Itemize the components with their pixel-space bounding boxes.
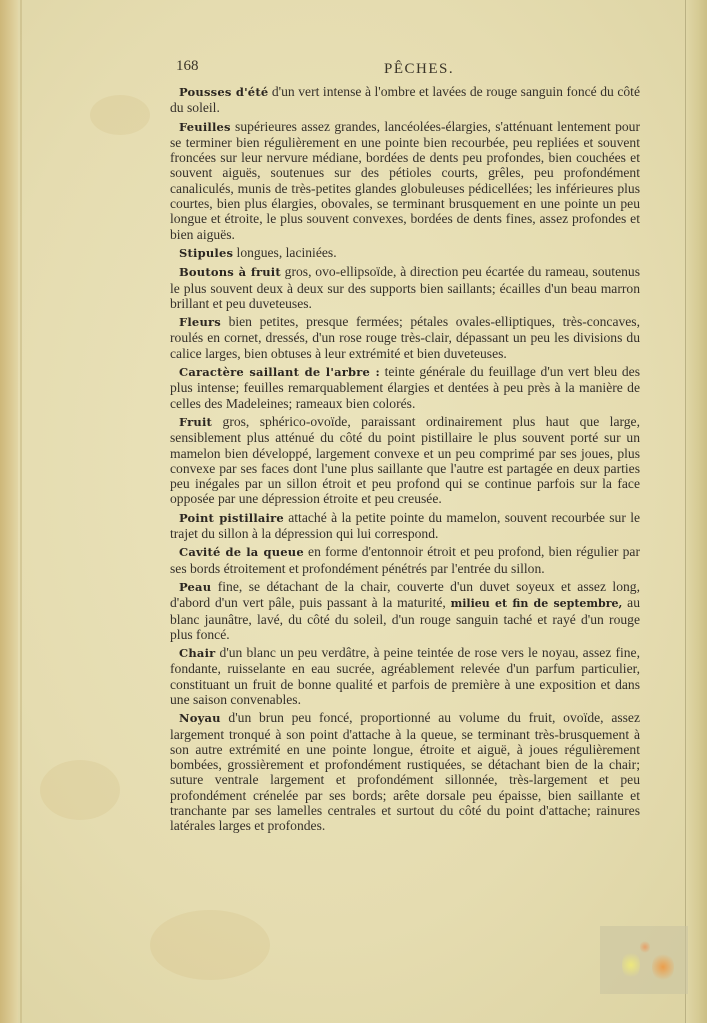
paragraph-lead: Cavité de la queue xyxy=(179,545,304,559)
paragraph-lead: Fleurs xyxy=(179,315,221,329)
paragraph-peau: Peau fine, se détachant de la chair, cou… xyxy=(170,579,640,642)
running-title: PÊCHES. xyxy=(384,61,454,78)
paragraph-pousses: Pousses d'été d'un vert intense à l'ombr… xyxy=(170,84,640,116)
paragraph-lead: Pousses d'été xyxy=(179,85,268,99)
paragraph-lead: Chair xyxy=(179,646,215,660)
paragraph-text: supérieures assez grandes, lancéolées-él… xyxy=(170,119,640,242)
paragraph-lead: Feuilles xyxy=(179,120,231,134)
paper-stain xyxy=(90,95,150,135)
illustration-highlight xyxy=(622,950,640,980)
paragraph-text: d'un blanc un peu verdâtre, à peine tein… xyxy=(170,645,640,707)
paragraph-feuilles: Feuilles supérieures assez grandes, lanc… xyxy=(170,119,640,242)
page-header: 168 PÊCHES. xyxy=(176,58,636,80)
paragraph-stipules: Stipules longues, laciniées. xyxy=(170,245,640,261)
paragraph-boutons: Boutons à fruit gros, ovo-ellipsoïde, à … xyxy=(170,264,640,311)
ripening-period: milieu et fin de septembre, xyxy=(451,597,623,610)
show-through-illustration xyxy=(600,926,688,994)
paragraph-lead: Peau xyxy=(179,580,211,594)
paragraph-text: gros, sphérico-ovoïde, paraissant ordina… xyxy=(170,414,640,506)
paragraph-text: bien petites, presque fermées; pétales o… xyxy=(170,314,640,361)
paragraph-lead: Caractère saillant de l'arbre : xyxy=(179,365,380,379)
illustration-highlight xyxy=(652,952,674,982)
paragraph-fleurs: Fleurs bien petites, presque fermées; pé… xyxy=(170,314,640,361)
paragraph-text: d'un brun peu foncé, proportionné au vol… xyxy=(170,710,640,833)
paragraph-point-pistillaire: Point pistillaire attaché à la petite po… xyxy=(170,510,640,542)
paragraph-caractere: Caractère saillant de l'arbre : teinte g… xyxy=(170,364,640,411)
page-number: 168 xyxy=(176,58,199,75)
page-edge-right xyxy=(685,0,707,1023)
paragraph-noyau: Noyau d'un brun peu foncé, proportionné … xyxy=(170,710,640,833)
paragraph-lead: Fruit xyxy=(179,415,212,429)
paragraph-text: longues, laciniées. xyxy=(233,245,336,260)
paragraph-lead: Point pistillaire xyxy=(179,511,284,525)
paragraph-cavite: Cavité de la queue en forme d'entonnoir … xyxy=(170,544,640,576)
paragraph-lead: Stipules xyxy=(179,246,233,260)
body-text: Pousses d'été d'un vert intense à l'ombr… xyxy=(170,84,640,837)
paper-stain xyxy=(40,760,120,820)
paragraph-lead: Noyau xyxy=(179,711,221,725)
book-page: 168 PÊCHES. Pousses d'été d'un vert inte… xyxy=(0,0,707,1023)
paper-stain xyxy=(150,910,270,980)
book-binding-left xyxy=(0,0,18,1023)
paragraph-lead: Boutons à fruit xyxy=(179,265,281,279)
illustration-highlight xyxy=(640,940,650,954)
paragraph-fruit: Fruit gros, sphérico-ovoïde, paraissant … xyxy=(170,414,640,507)
paragraph-chair: Chair d'un blanc un peu verdâtre, à pein… xyxy=(170,645,640,707)
